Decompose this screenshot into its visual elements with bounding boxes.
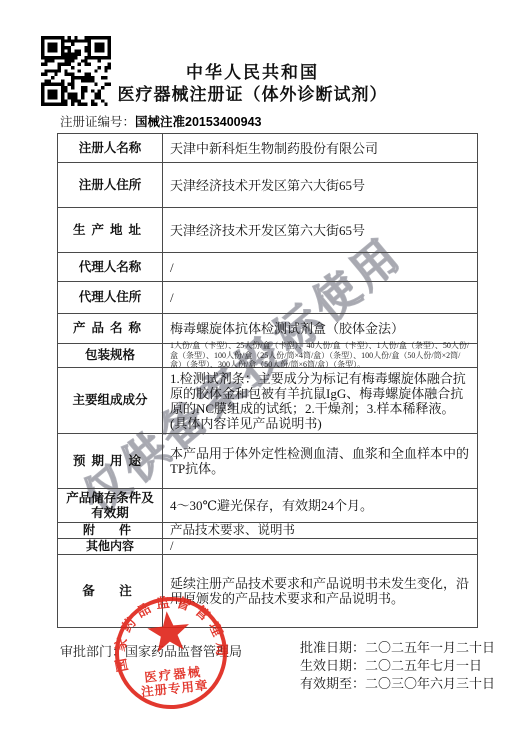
row-value: 本产品用于体外定性检测血清、血浆和全血样本中的TP抗体。 [163, 434, 477, 488]
row-label: 注册人名称 [58, 134, 163, 162]
row-label: 其他内容 [58, 539, 163, 554]
table-row-packaging-spec: 包装规格 1人份/盒（卡型）、25人份/盒（卡型）、40人份/盒（卡型）、1人份… [58, 344, 477, 368]
row-label: 产品名称 [58, 314, 163, 343]
expiry-date-label: 有效期至： [300, 676, 365, 691]
expiry-date-value: 二〇三〇年六月三十日 [365, 676, 495, 691]
row-label: 预期用途 [58, 434, 163, 488]
row-value: / [163, 539, 477, 554]
table-row-registrant-name: 注册人名称 天津中新科炬生物制药股份有限公司 [58, 134, 477, 163]
row-value: 4～30℃避光保存，有效期24个月。 [163, 489, 477, 522]
expiry-date-line: 有效期至：二〇三〇年六月三十日 [300, 677, 495, 691]
registration-number-line: 注册证编号：国械注准20153400943 [60, 112, 262, 130]
registration-number-label: 注册证编号： [60, 115, 135, 129]
seal-star [146, 609, 192, 653]
official-seal-image: 国家药品监督管理局 医疗器械 注册专用章 [112, 594, 230, 712]
certificate-table: 注册人名称 天津中新科炬生物制药股份有限公司 注册人住所 天津经济技术开发区第六… [57, 133, 478, 628]
registration-number-value: 国械注准20153400943 [135, 115, 261, 129]
row-label: 代理人住所 [58, 282, 163, 313]
row-value: / [163, 253, 477, 281]
table-row-product-name: 产品名称 梅毒螺旋体抗体检测试剂盒（胶体金法） [58, 314, 477, 344]
table-row-other-content: 其他内容 / [58, 539, 477, 555]
approve-date-label: 批准日期： [300, 640, 365, 655]
row-value: 天津经济技术开发区第六大街65号 [163, 163, 477, 207]
table-row-agent-name: 代理人名称 / [58, 253, 477, 282]
certificate-page: 仅供备案投标使用 中华人民共和国 医疗器械注册证（体外诊断试剂） 注册证编号：国… [0, 0, 529, 750]
row-label: 包装规格 [58, 344, 163, 367]
table-row-attachments: 附 件 产品技术要求、说明书 [58, 523, 477, 539]
table-row-production-address: 生产地址 天津经济技术开发区第六大街65号 [58, 208, 477, 253]
row-label: 主要组成成分 [58, 368, 163, 433]
dates-block: 批准日期：二〇二五年一月二十日 生效日期：二〇二五年七月一日 有效期至：二〇三〇… [300, 641, 495, 695]
row-value: 梅毒螺旋体抗体检测试剂盒（胶体金法） [163, 314, 477, 343]
row-label: 生产地址 [58, 208, 163, 252]
document-title: 中华人民共和国 医疗器械注册证（体外诊断试剂） [35, 62, 470, 106]
effective-date-label: 生效日期： [300, 658, 365, 673]
row-value: 1.检测试剂条：主要成分为标记有梅毒螺旋体融合抗原的胶体金和包被有羊抗鼠IgG、… [163, 368, 477, 433]
approve-date-line: 批准日期：二〇二五年一月二十日 [300, 641, 495, 655]
approve-date-value: 二〇二五年一月二十日 [365, 640, 495, 655]
effective-date-value: 二〇二五年七月一日 [365, 658, 482, 673]
table-row-main-components: 主要组成成分 1.检测试剂条：主要成分为标记有梅毒螺旋体融合抗原的胶体金和包被有… [58, 368, 477, 434]
row-value: 天津中新科炬生物制药股份有限公司 [163, 134, 477, 162]
row-label: 代理人名称 [58, 253, 163, 281]
title-certificate-type: 医疗器械注册证（体外诊断试剂） [35, 84, 470, 106]
row-label: 产品储存条件及有效期 [58, 489, 163, 522]
row-value: 天津经济技术开发区第六大街65号 [163, 208, 477, 252]
table-row-storage-validity: 产品储存条件及有效期 4～30℃避光保存，有效期24个月。 [58, 489, 477, 523]
effective-date-line: 生效日期：二〇二五年七月一日 [300, 659, 495, 673]
row-value: 产品技术要求、说明书 [163, 523, 477, 538]
row-value: / [163, 282, 477, 313]
table-row-agent-address: 代理人住所 / [58, 282, 477, 314]
row-label: 注册人住所 [58, 163, 163, 207]
row-label: 附 件 [58, 523, 163, 538]
table-row-intended-use: 预期用途 本产品用于体外定性检测血清、血浆和全血样本中的TP抗体。 [58, 434, 477, 489]
row-value: 1人份/盒（卡型）、25人份/盒（卡型）、40人份/盒（卡型）、1人份/盒（条型… [163, 344, 477, 367]
official-seal: 国家药品监督管理局 医疗器械 注册专用章 [112, 594, 230, 712]
title-country: 中华人民共和国 [35, 62, 470, 84]
table-row-registrant-address: 注册人住所 天津经济技术开发区第六大街65号 [58, 163, 477, 208]
